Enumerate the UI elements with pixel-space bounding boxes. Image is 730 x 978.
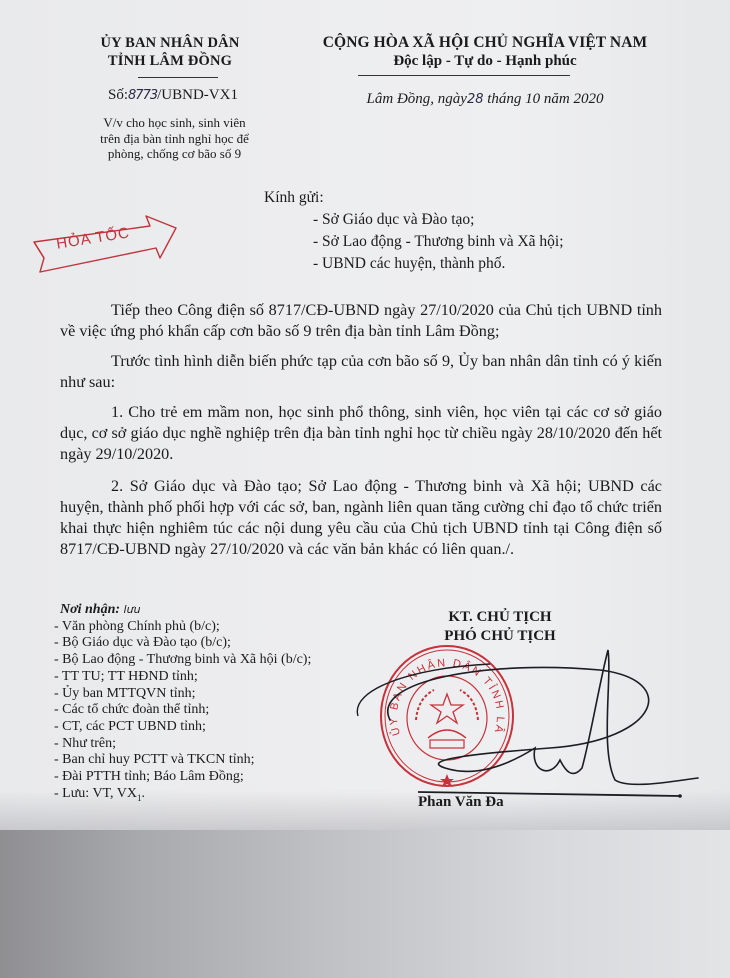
recipient-item: - UBND các huyện, thành phố. — [313, 255, 505, 273]
signature-title: KT. CHỦ TỊCH PHÓ CHỦ TỊCH — [420, 608, 580, 646]
doc-number-handwritten: 8773 — [128, 88, 157, 103]
date-suffix: tháng 10 năm 2020 — [487, 91, 603, 107]
doc-number-prefix: Số: — [108, 87, 128, 103]
national-header: CỘNG HÒA XÃ HỘI CHỦ NGHĨA VIỆT NAM Độc l… — [270, 34, 700, 70]
seal-emblem-icon: ỦY BAN NHÂN DÂN TỈNH LÂM ĐỒNG — [378, 642, 516, 790]
distribution-item: - CT, các PCT UBND tỉnh; — [54, 719, 311, 736]
distribution-item: - Đài PTTH tỉnh; Báo Lâm Đồng; — [54, 769, 311, 786]
subject-line: phòng, chống cơ bão số 9 — [82, 146, 267, 162]
distribution-list: Nơi nhận: lưu - Văn phòng Chính phủ (b/c… — [60, 602, 311, 806]
paragraph-text: Trước tình hình diễn biến phức tạp của c… — [60, 351, 662, 393]
distribution-item: - Bộ Lao động - Thương binh và Xã hội (b… — [54, 652, 311, 669]
document-date: Lâm Đồng, ngày28 tháng 10 năm 2020 — [290, 91, 680, 108]
recipient-item: - Sở Lao động - Thương binh và Xã hội; — [313, 233, 564, 251]
paragraph-text: 2. Sở Giáo dục và Đào tạo; Sở Lao động -… — [60, 476, 662, 560]
date-prefix: Lâm Đồng, ngày — [367, 91, 467, 107]
distribution-item: - Ủy ban MTTQVN tỉnh; — [54, 686, 311, 703]
handwritten-initials: lưu — [124, 603, 141, 616]
body-item-1: 1. Cho trẻ em mầm non, học sinh phổ thôn… — [60, 402, 662, 465]
distribution-item: - Các tổ chức đoàn thể tỉnh; — [54, 702, 311, 719]
body-item-2: 2. Sở Giáo dục và Đào tạo; Sở Lao động -… — [60, 476, 662, 560]
body-paragraph-2: Trước tình hình diễn biến phức tạp của c… — [60, 351, 662, 393]
distribution-item: - Bộ Giáo dục và Đào tạo (b/c); — [54, 635, 311, 652]
signer-name: Phan Văn Đa — [418, 794, 504, 811]
distribution-item: - Ban chỉ huy PCTT và TKCN tỉnh; — [54, 752, 311, 769]
document-subject: V/v cho học sinh, sinh viên trên địa bàn… — [82, 115, 267, 162]
paragraph-text: 1. Cho trẻ em mầm non, học sinh phổ thôn… — [60, 402, 662, 465]
urgent-stamp: HỎA TỐC — [28, 208, 178, 276]
archive-suffix: . — [142, 786, 146, 801]
distribution-item: - TT TU; TT HĐND tỉnh; — [54, 669, 311, 686]
recipient-item: - Sở Giáo dục và Đào tạo; — [313, 211, 474, 229]
distribution-item: - Như trên; — [54, 736, 311, 753]
agency-underline — [138, 77, 218, 78]
document-number: Số:8773/UBND-VX1 — [88, 87, 258, 104]
distribution-title: Nơi nhận: — [60, 602, 120, 617]
doc-number-suffix: /UBND-VX1 — [157, 87, 238, 103]
motto-underline — [358, 75, 570, 76]
distribution-item-archive: - Lưu: VT, VX1. — [54, 786, 311, 807]
nation-title: CỘNG HÒA XÃ HỘI CHỦ NGHĨA VIỆT NAM — [270, 34, 700, 52]
date-day-handwritten: 28 — [467, 92, 484, 107]
subject-line: trên địa bàn tỉnh nghỉ học để — [82, 131, 267, 147]
signature-title-line-1: KT. CHỦ TỊCH — [420, 608, 580, 627]
recipients-title: Kính gửi: — [264, 189, 324, 207]
body-paragraph-1: Tiếp theo Công điện số 8717/CĐ-UBND ngày… — [60, 300, 662, 342]
official-seal: ỦY BAN NHÂN DÂN TỈNH LÂM ĐỒNG — [378, 642, 516, 790]
distribution-item: - Văn phòng Chính phủ (b/c); — [54, 619, 311, 636]
issuing-agency: ỦY BAN NHÂN DÂN TỈNH LÂM ĐỒNG — [80, 34, 260, 70]
national-motto: Độc lập - Tự do - Hạnh phúc — [270, 52, 700, 70]
agency-line-1: ỦY BAN NHÂN DÂN — [80, 34, 260, 52]
paragraph-text: Tiếp theo Công điện số 8717/CĐ-UBND ngày… — [60, 300, 662, 342]
archive-text: - Lưu: VT, VX — [54, 786, 137, 801]
agency-line-2: TỈNH LÂM ĐỒNG — [80, 52, 260, 70]
subject-line: V/v cho học sinh, sinh viên — [82, 115, 267, 131]
page-background-shadow — [0, 830, 730, 978]
